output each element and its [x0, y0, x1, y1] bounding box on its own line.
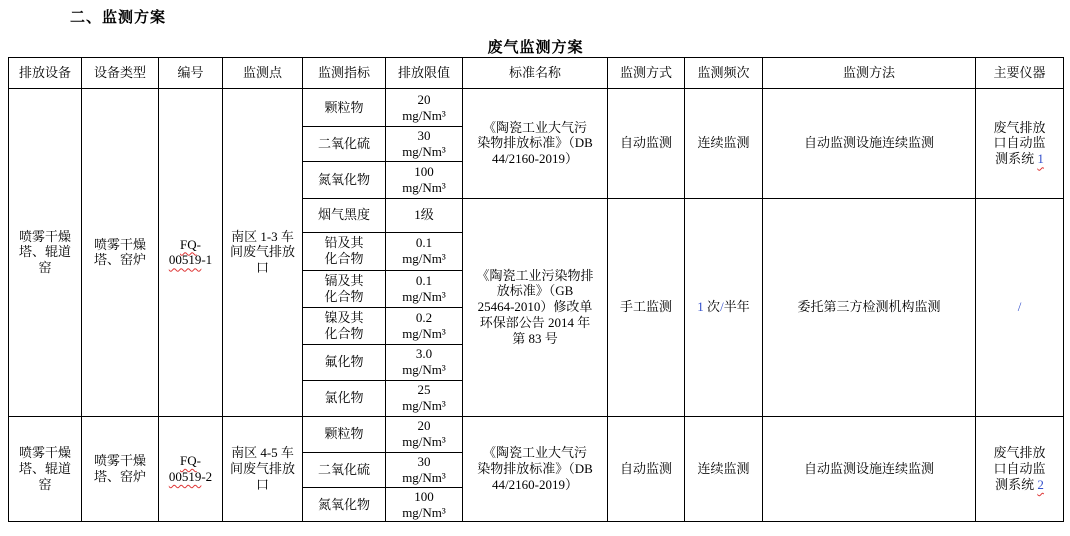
limit-cell: 1级: [386, 198, 463, 232]
table-title: 废气监测方案: [8, 36, 1063, 57]
limit-unit: mg/Nm³: [388, 434, 460, 450]
limit-unit: mg/Nm³: [388, 289, 460, 305]
limit-value: 30: [388, 128, 460, 144]
limit-unit: mg/Nm³: [388, 251, 460, 267]
section-heading: 二、监测方案: [70, 6, 166, 27]
header-monitoring-mode: 监测方式: [608, 58, 685, 89]
limit-value: 0.2: [388, 310, 460, 326]
limit-value: 30: [388, 454, 460, 470]
indicator-cell: 镉及其 化合物: [303, 270, 386, 307]
limit-unit: mg/Nm³: [388, 108, 460, 124]
limit-cell: 25mg/Nm³: [386, 380, 463, 416]
indicator-cell: 二氧化硫: [303, 127, 386, 162]
limit-cell: 20mg/Nm³: [386, 416, 463, 452]
limit-unit: mg/Nm³: [388, 398, 460, 414]
device-type-cell: 喷雾干燥 塔、窑炉: [82, 416, 159, 522]
limit-value: 0.1: [388, 235, 460, 251]
limit-value: 100: [388, 489, 460, 505]
code-line1: FQ: [180, 237, 197, 252]
limit-cell: 3.0mg/Nm³: [386, 344, 463, 380]
header-monitoring-point: 监测点: [223, 58, 303, 89]
main-instrument-cell: /: [976, 198, 1064, 416]
limit-value: 0.1: [388, 273, 460, 289]
indicator-cell: 镍及其 化合物: [303, 307, 386, 344]
header-standard-name: 标准名称: [463, 58, 608, 89]
device-type-cell: 喷雾干燥 塔、窑炉: [82, 89, 159, 417]
indicator-cell: 铅及其 化合物: [303, 232, 386, 270]
header-emission-device: 排放设备: [9, 58, 82, 89]
limit-cell: 100mg/Nm³: [386, 161, 463, 198]
limit-value: 100: [388, 164, 460, 180]
instrument-number: 2: [1037, 477, 1044, 492]
limit-value: 20: [388, 92, 460, 108]
table-row: 喷雾干燥 塔、辊道 窑 喷雾干燥 塔、窑炉 FQ-00519-2 南区 4-5 …: [9, 416, 1064, 452]
code-cell: FQ-00519-1: [159, 89, 223, 417]
monitoring-frequency-cell: 连续监测: [685, 416, 763, 522]
code-cell: FQ-00519-2: [159, 416, 223, 522]
indicator-cell: 颗粒物: [303, 416, 386, 452]
header-device-type: 设备类型: [82, 58, 159, 89]
monitoring-method-cell: 委托第三方检测机构监测: [763, 198, 976, 416]
standard-name-cell: 《陶瓷工业污染物排 放标准》（GB 25464-2010）修改单 环保部公告 2…: [463, 198, 608, 416]
limit-unit: mg/Nm³: [388, 180, 460, 196]
limit-value: 1级: [388, 207, 460, 223]
limit-unit: mg/Nm³: [388, 505, 460, 521]
header-monitoring-method: 监测方法: [763, 58, 976, 89]
limit-unit: mg/Nm³: [388, 326, 460, 342]
waste-gas-monitoring-table: 排放设备 设备类型 编号 监测点 监测指标 排放限值 标准名称 监测方式 监测频…: [8, 57, 1064, 522]
limit-cell: 0.1mg/Nm³: [386, 232, 463, 270]
main-instrument-cell: 废气排放 口自动监 测系统 1: [976, 89, 1064, 199]
monitoring-mode-cell: 手工监测: [608, 198, 685, 416]
indicator-cell: 氟化物: [303, 344, 386, 380]
main-instrument-cell: 废气排放 口自动监 测系统 2: [976, 416, 1064, 522]
limit-cell: 0.2mg/Nm³: [386, 307, 463, 344]
table-row: 喷雾干燥 塔、辊道 窑 喷雾干燥 塔、窑炉 FQ-00519-1 南区 1-3 …: [9, 89, 1064, 127]
document-page: { "page": { "section_heading": "二、监测方案",…: [0, 0, 1070, 536]
indicator-cell: 颗粒物: [303, 89, 386, 127]
header-row: 排放设备 设备类型 编号 监测点 监测指标 排放限值 标准名称 监测方式 监测频…: [9, 58, 1064, 89]
standard-name-cell: 《陶瓷工业大气污 染物排放标准》（DB 44/2160-2019）: [463, 89, 608, 199]
header-main-instrument: 主要仪器: [976, 58, 1064, 89]
limit-cell: 20mg/Nm³: [386, 89, 463, 127]
limit-cell: 100mg/Nm³: [386, 487, 463, 522]
limit-value: 3.0: [388, 346, 460, 362]
monitoring-mode-cell: 自动监测: [608, 416, 685, 522]
limit-cell: 30mg/Nm³: [386, 127, 463, 162]
code-line2: 00519: [169, 252, 202, 267]
monitoring-mode-cell: 自动监测: [608, 89, 685, 199]
header-monitoring-indicator: 监测指标: [303, 58, 386, 89]
instrument-number: 1: [1037, 151, 1044, 166]
limit-value: 25: [388, 382, 460, 398]
instrument-slash: /: [1018, 299, 1022, 314]
header-code: 编号: [159, 58, 223, 89]
monitoring-frequency-cell: 1 次/半年: [685, 198, 763, 416]
monitoring-frequency-cell: 连续监测: [685, 89, 763, 199]
limit-unit: mg/Nm³: [388, 362, 460, 378]
monitoring-method-cell: 自动监测设施连续监测: [763, 89, 976, 199]
limit-cell: 0.1mg/Nm³: [386, 270, 463, 307]
indicator-cell: 氮氧化物: [303, 487, 386, 522]
header-monitoring-frequency: 监测频次: [685, 58, 763, 89]
emission-device-cell: 喷雾干燥 塔、辊道 窑: [9, 416, 82, 522]
monitoring-point-cell: 南区 1-3 车 间废气排放 口: [223, 89, 303, 417]
code-line1: FQ: [180, 453, 197, 468]
limit-value: 20: [388, 418, 460, 434]
code-line2: 00519: [169, 469, 202, 484]
limit-cell: 30mg/Nm³: [386, 452, 463, 487]
limit-unit: mg/Nm³: [388, 144, 460, 160]
indicator-cell: 氮氧化物: [303, 161, 386, 198]
monitoring-method-cell: 自动监测设施连续监测: [763, 416, 976, 522]
indicator-cell: 烟气黑度: [303, 198, 386, 232]
indicator-cell: 二氧化硫: [303, 452, 386, 487]
indicator-cell: 氯化物: [303, 380, 386, 416]
header-emission-limit: 排放限值: [386, 58, 463, 89]
limit-unit: mg/Nm³: [388, 470, 460, 486]
monitoring-point-cell: 南区 4-5 车 间废气排放 口: [223, 416, 303, 522]
standard-name-cell: 《陶瓷工业大气污 染物排放标准》（DB 44/2160-2019）: [463, 416, 608, 522]
emission-device-cell: 喷雾干燥 塔、辊道 窑: [9, 89, 82, 417]
